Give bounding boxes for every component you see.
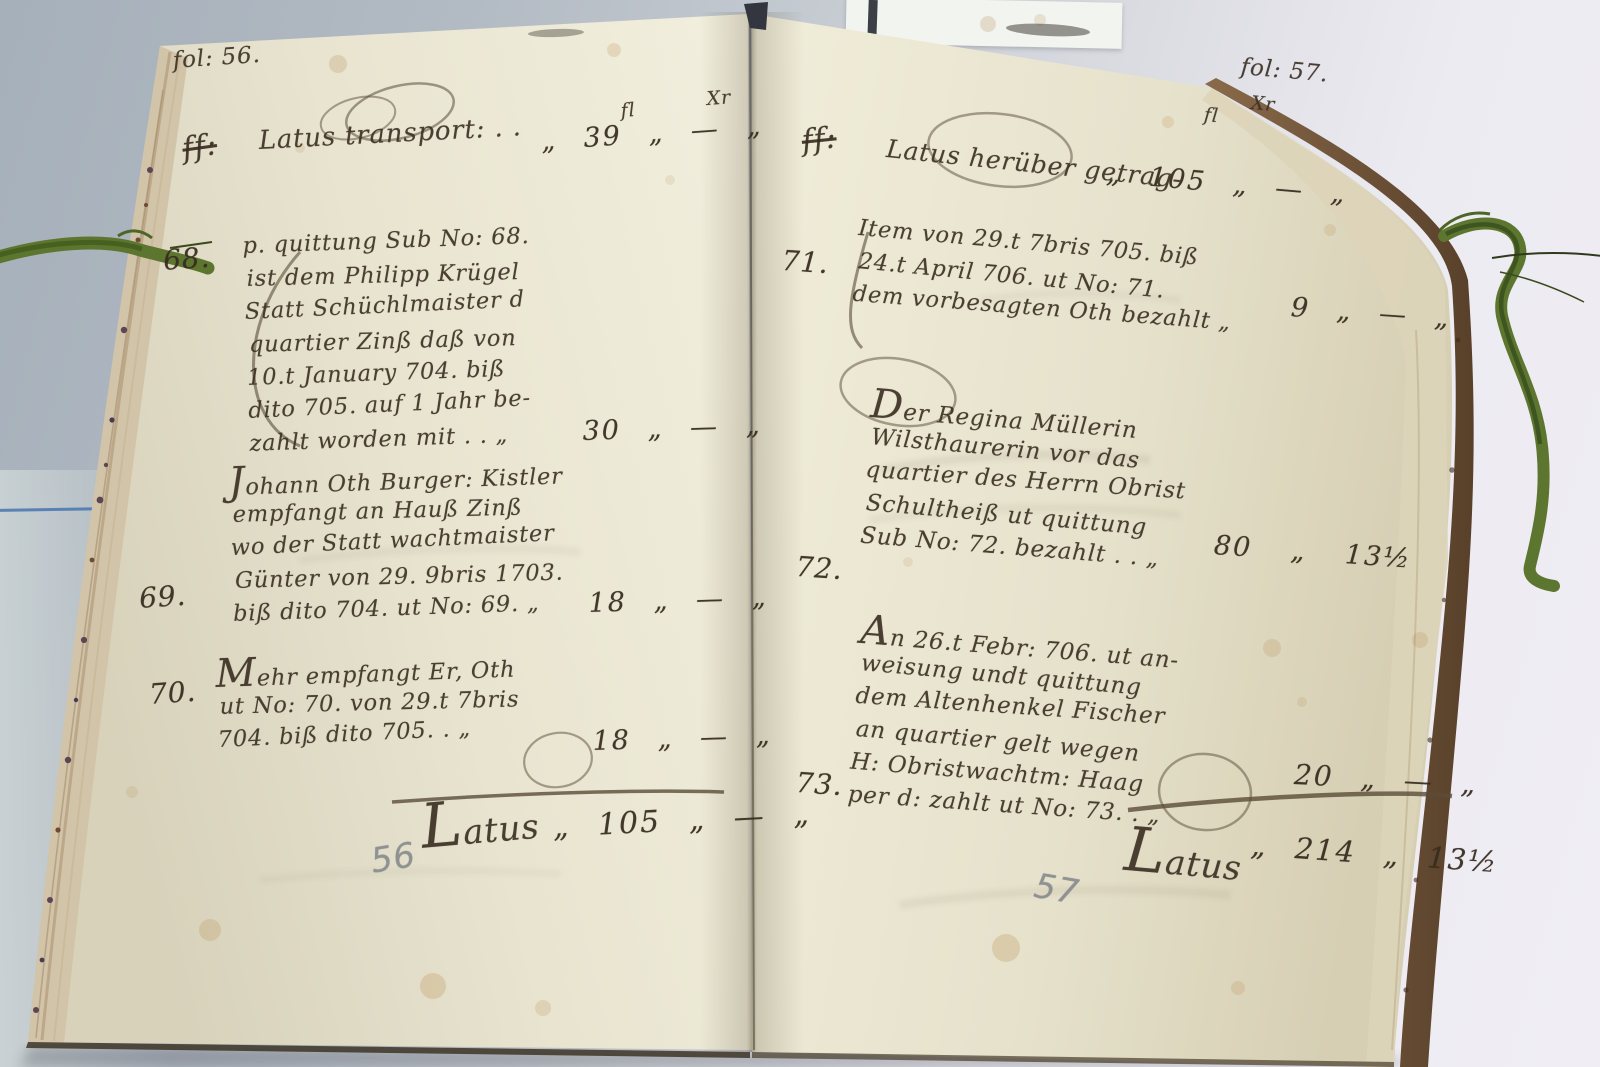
- entry-68-lines: p. quittung Sub No: 68. ist dem Philipp …: [242, 220, 537, 461]
- entry-70-lines: Mehr empfangt Er, Oth ut No: 70. von 29.…: [215, 648, 518, 757]
- entry-70-number: 70.: [148, 675, 197, 711]
- entry-73-lines: An 26.t Febr: 706. ut an- weisung undt q…: [846, 614, 1180, 836]
- entry-69-lines: Johann Oth Burger: Kistler empfangt an H…: [228, 454, 568, 631]
- latus-label-left: Latus: [418, 782, 542, 863]
- pencil-folio-right: 57: [1031, 866, 1082, 913]
- entry-69-number: 69.: [138, 579, 187, 615]
- column-head-fl-left: fl: [620, 99, 636, 122]
- entry-68-number: 68.: [162, 241, 211, 277]
- entry-68-amount: 30 „ — „: [582, 410, 762, 447]
- entry-72-number: 72.: [795, 550, 844, 586]
- latus-label-right: Latus: [1122, 814, 1246, 895]
- column-head-fl-right: fl: [1203, 104, 1220, 127]
- column-head-xr-left: Xr: [706, 86, 732, 110]
- photo-scene: fol: 56. ff: Latus transport: . . „ 39 „…: [0, 0, 1600, 1067]
- entry-70-amount: 18 „ — „: [592, 720, 772, 757]
- entry-73-number: 73.: [795, 766, 844, 802]
- pencil-folio-left: 56: [368, 835, 419, 882]
- number-sign-right: ff:: [800, 120, 838, 158]
- entry-72-lines: Der Regina Müllerin Wilsthaurerin vor da…: [859, 388, 1192, 578]
- ink-smudge-top-right: [1006, 22, 1091, 38]
- number-sign-left: ff:: [180, 127, 219, 166]
- entry-71-number: 71.: [781, 244, 830, 280]
- column-head-xr-right: Xr: [1250, 92, 1276, 116]
- entry-69-amount: 18 „ — „: [588, 582, 768, 619]
